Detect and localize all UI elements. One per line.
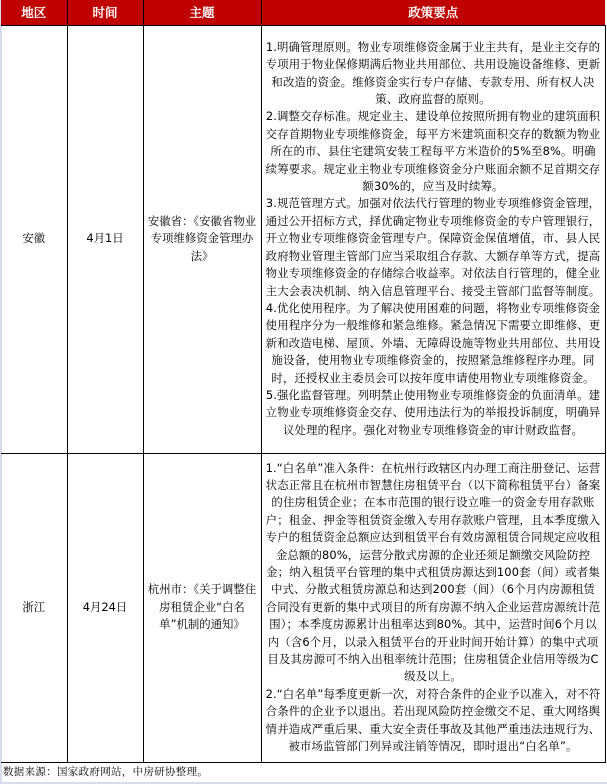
header-date: 时间: [67, 0, 143, 25]
policy-point: 1.“白名单”准入条件：在杭州行政辖区内办理工商注册登记、运营状态正常且在杭州市…: [266, 460, 601, 686]
cell-region: 安徽: [1, 25, 67, 453]
data-source-note: 数据来源：国家政府网站，中房研协整理。: [3, 764, 208, 779]
cell-date: 4月24日: [67, 453, 143, 762]
header-region: 地区: [1, 0, 67, 25]
header-policy-points: 政策要点: [261, 0, 605, 25]
policy-point: 4.优化使用程序。为了解决使用困难的问题，将物业专项维修资金使用程序分为一般维修…: [266, 300, 601, 387]
table-header-row: 地区 时间 主题 政策要点: [1, 0, 605, 25]
policy-point: 1.明确管理原则。物业专项维修资金属于业主共有，是业主交存的专项用于物业保修期满…: [266, 39, 601, 109]
cell-topic: 安徽省：《安徽省物业专项维修资金管理办法》: [143, 25, 261, 453]
table-row-anhui: 安徽 4月1日 安徽省：《安徽省物业专项维修资金管理办法》 1.明确管理原则。物…: [1, 25, 605, 453]
policy-point: 2.“白名单”每季度更新一次，对符合条件的企业予以准入，对不符合条件的企业予以退…: [266, 686, 601, 756]
cell-region: 浙江: [1, 453, 67, 762]
cell-policy-points: 1.明确管理原则。物业专项维修资金属于业主共有，是业主交存的专项用于物业保修期满…: [261, 25, 605, 453]
cell-policy-points: 1.“白名单”准入条件：在杭州行政辖区内办理工商注册登记、运营状态正常且在杭州市…: [261, 453, 605, 762]
table-row-zhejiang: 浙江 4月24日 杭州市：《关于调整住房租赁企业“白名单”机制的通知》 1.“白…: [1, 453, 605, 762]
policy-point: 3.规范管理方式。加强对依法代行管理的物业专项维修资金管理，通过公开招标方式，择…: [266, 195, 601, 299]
cell-date: 4月1日: [67, 25, 143, 453]
header-topic: 主题: [143, 0, 261, 25]
policy-table: 地区 时间 主题 政策要点 安徽 4月1日 安徽省：《安徽省物业专项维修资金管理…: [1, 0, 606, 763]
cell-topic: 杭州市：《关于调整住房租赁企业“白名单”机制的通知》: [143, 453, 261, 762]
policy-point: 5.强化监督管理。列明禁止使用物业专项维修资金的负面清单。建立物业专项维修资金交…: [266, 387, 601, 439]
policy-point: 2.调整交存标准。规定业主、建设单位按照所拥有物业的建筑面积交存首期物业专项维修…: [266, 108, 601, 195]
